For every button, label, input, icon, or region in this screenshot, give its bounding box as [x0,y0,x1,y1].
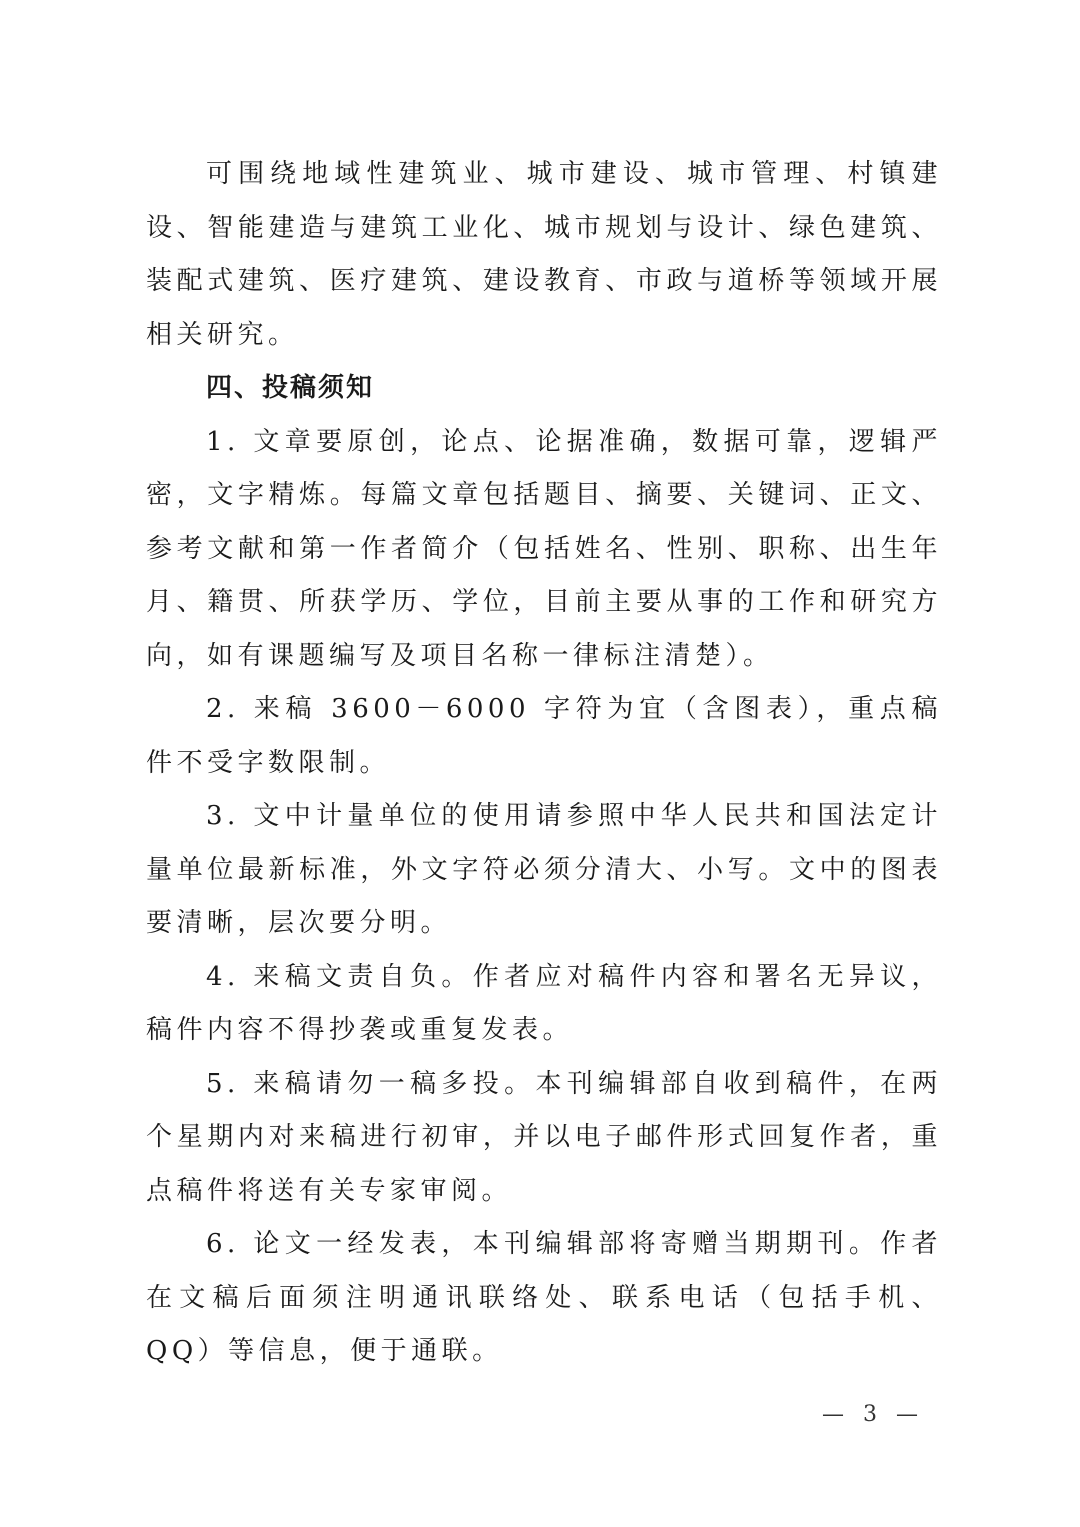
submission-item-4: 4. 来稿文责自负。作者应对稿件内容和署名无异议，稿件内容不得抄袭或重复发表。 [146,951,942,1058]
document-page: 可围绕地域性建筑业、城市建设、城市管理、村镇建设、智能建造与建筑工业化、城市规划… [146,148,942,1379]
submission-item-1: 1. 文章要原创，论点、论据准确，数据可靠，逻辑严密，文字精炼。每篇文章包括题目… [146,416,942,684]
intro-paragraph: 可围绕地域性建筑业、城市建设、城市管理、村镇建设、智能建造与建筑工业化、城市规划… [146,148,942,362]
submission-item-5: 5. 来稿请勿一稿多投。本刊编辑部自收到稿件，在两个星期内对来稿进行初审，并以电… [146,1058,942,1219]
submission-item-3: 3. 文中计量单位的使用请参照中华人民共和国法定计量单位最新标准，外文字符必须分… [146,790,942,951]
submission-item-2: 2. 来稿 3600－6000 字符为宜（含图表），重点稿件不受字数限制。 [146,683,942,790]
section-heading: 四、投稿须知 [146,362,942,416]
page-number: — 3 — [822,1402,924,1427]
submission-item-6: 6. 论文一经发表，本刊编辑部将寄赠当期期刊。作者在文稿后面须注明通讯联络处、联… [146,1218,942,1379]
